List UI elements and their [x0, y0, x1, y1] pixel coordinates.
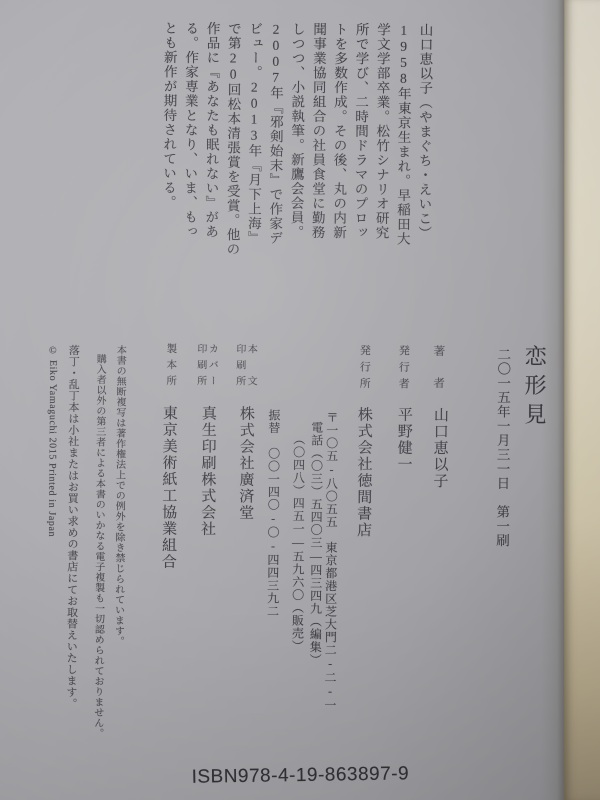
publisher-name: 株式会社徳間書店 [353, 406, 375, 538]
publisher-person-name: 平野健一 [393, 407, 414, 473]
author-bio: 山口恵以子（やまぐち・えいこ）1958年東京生まれ。早稲田大学文学部卒業。松竹シ… [157, 21, 435, 255]
facing-page-edge [564, 0, 600, 800]
copyright-line: © Eiko Yamaguchi 2015 Printed in Japan [46, 345, 58, 537]
author-label: 著者 [430, 345, 446, 409]
bio-line: ビュー。2013年『月下上海』 [242, 22, 265, 254]
postal-transfer: 振替 〇〇一四〇-〇-四四三九二 [264, 409, 282, 618]
page-content: 山口恵以子（やまぐち・えいこ）1958年東京生まれ。早稲田大学文学部卒業。松竹シ… [0, 0, 600, 800]
defective-copy-notice: 落丁・乱丁本は小社またはお買い求めの書店にてお取替えいたします。 [63, 344, 82, 709]
publisher-label: 発行所 [356, 344, 372, 394]
bio-line: しつつ、小説執筆。新鷹会会員。 [285, 22, 308, 254]
bio-line: 所で学び、二時間ドラマのプロッ [349, 22, 372, 254]
label-text: 印刷所 [194, 343, 206, 391]
legal-notice-line2: 購入者以外の第三者による本書のいかなる電子複製も一切認められておりません。 [90, 354, 108, 739]
cover-printer-name: 真生印刷株式会社 [197, 405, 219, 537]
bio-line: 聞事業協同組合の社員食堂に勤務 [306, 22, 329, 254]
bio-line: 1958年東京生まれ。早稲田大 [391, 23, 414, 255]
bio-line: 作品に『あなたも眠れない』があ [200, 21, 223, 253]
bindery-name: 東京美術紙工協業組合 [158, 405, 180, 570]
bio-line: 山口恵以子（やまぐち・えいこ） [413, 23, 436, 255]
page-curve-shadow [541, 0, 564, 800]
bio-line: とも新作が期待されている。 [157, 21, 180, 253]
bindery-label: 製本所 [163, 343, 178, 391]
bio-line: トを多数作成。その後、丸の内新 [328, 22, 351, 254]
body-printer-label: 本文 印刷所 [233, 344, 256, 408]
phone-editorial: 電話（〇三）五四〇三―四三四九（編集） [307, 421, 326, 666]
author-name: 山口恵以子 [429, 407, 451, 490]
body-printer-name: 株式会社廣済堂 [235, 406, 257, 522]
label-text: カバー [206, 343, 218, 391]
legal-notice-line1: 本書の無断複写は著作権法上での例外を除き禁じられています。 [110, 345, 127, 647]
bio-line: 学文学部卒業。松竹シナリオ研究 [370, 22, 393, 254]
bio-line: で第20回松本清張賞を受賞。他の [221, 21, 244, 253]
phone-sales: （〇四八）四五一―五九六〇（販売） [289, 433, 308, 653]
book-page-photo: 山口恵以子（やまぐち・えいこ）1958年東京生まれ。早稲田大学文学部卒業。松竹シ… [0, 0, 600, 800]
publisher-person-label: 発行者 [395, 345, 411, 395]
isbn-number: ISBN978-4-19-863897-9 [185, 763, 415, 789]
label-text: 本文 [244, 344, 256, 408]
edition-date: 二〇一五年一月三一日 第一刷 [491, 347, 512, 547]
cover-printer-label: カバー 印刷所 [194, 343, 217, 391]
label-text: 印刷所 [233, 344, 245, 408]
bio-line: る。作家専業となり、いま、もっ [178, 21, 201, 253]
bio-line: 2007年『邪剣始末』で作家デ [264, 22, 287, 254]
